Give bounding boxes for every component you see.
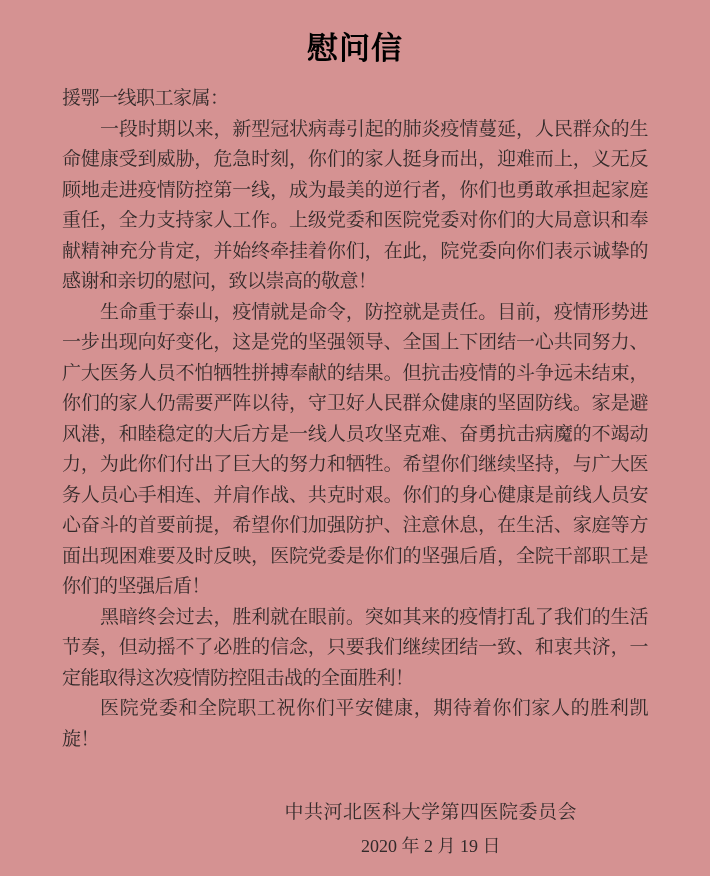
letter-signature: 中共河北医科大学第四医院委员会 [284, 797, 577, 829]
letter-page: 慰问信 援鄂一线职工家属： 一段时期以来，新型冠状病毒引起的肺炎疫情蔓延，人民群… [0, 0, 710, 876]
letter-body: 援鄂一线职工家属： 一段时期以来，新型冠状病毒引起的肺炎疫情蔓延，人民群众的生命… [62, 84, 648, 755]
letter-paragraph: 一段时期以来，新型冠状病毒引起的肺炎疫情蔓延，人民群众的生命健康受到威胁，危急时… [62, 115, 648, 298]
letter-date: 2020 年 2 月 19 日 [284, 829, 577, 863]
letter-paragraph: 生命重于泰山，疫情就是命令，防控就是责任。目前，疫情形势进一步出现向好变化，这是… [62, 298, 648, 603]
letter-salutation: 援鄂一线职工家属： [62, 84, 648, 115]
letter-title: 慰问信 [62, 26, 648, 72]
letter-paragraph: 医院党委和全院职工祝你们平安健康，期待着你们家人的胜利凯旋！ [62, 694, 648, 755]
letter-closing: 中共河北医科大学第四医院委员会 2020 年 2 月 19 日 [284, 797, 577, 863]
letter-paragraph: 黑暗终会过去，胜利就在眼前。突如其来的疫情打乱了我们的生活节奏，但动摇不了必胜的… [62, 603, 648, 695]
